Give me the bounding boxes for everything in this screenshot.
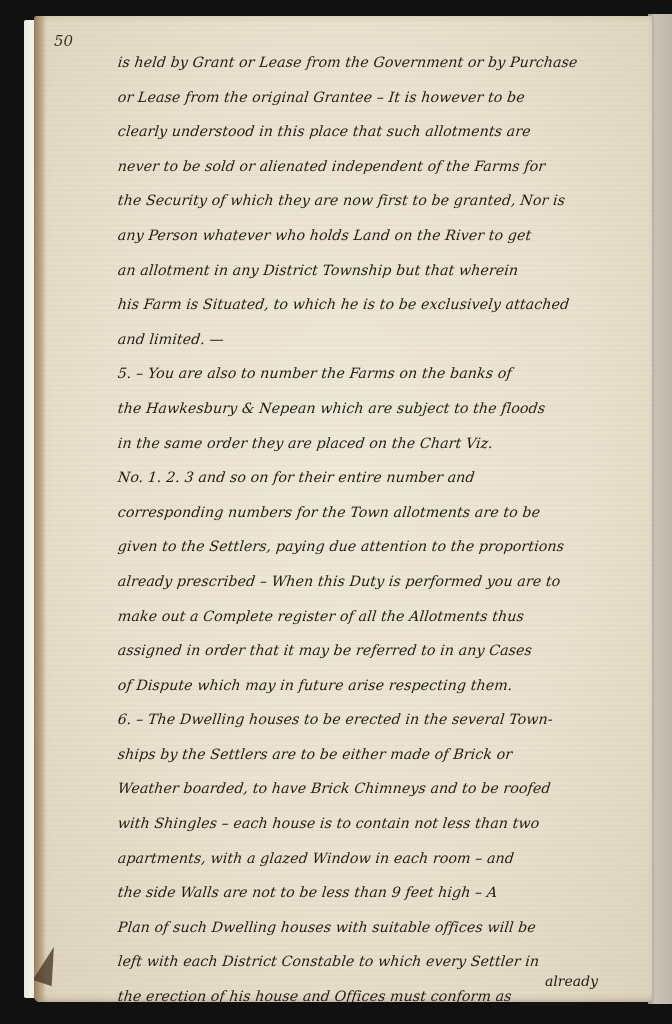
text-line: and limited. — <box>116 323 650 358</box>
handwritten-text-block: is held by Grant or Lease from the Gover… <box>116 46 646 1002</box>
text-line: corresponding numbers for the Town allot… <box>116 496 650 531</box>
document-viewer: 50 is held by Grant or Lease from the Go… <box>0 0 672 1024</box>
text-line: Weather boarded, to have Brick Chimneys … <box>116 772 650 807</box>
text-line: make out a Complete register of all the … <box>116 600 650 635</box>
section-6-start: 6. – The Dwelling houses to be erected i… <box>116 703 650 738</box>
text-line: the side Walls are not to be less than 9… <box>116 876 650 911</box>
text-line: an allotment in any District Township bu… <box>116 254 650 289</box>
text-line: is held by Grant or Lease from the Gover… <box>116 46 650 81</box>
text-line: the Hawkesbury & Nepean which are subjec… <box>116 392 650 427</box>
text-line: the Security of which they are now first… <box>116 184 650 219</box>
text-line: No. 1. 2. 3 and so on for their entire n… <box>116 461 650 496</box>
text-line: his Farm is Situated, to which he is to … <box>116 288 650 323</box>
section-5-start: 5. – You are also to number the Farms on… <box>116 357 650 392</box>
text-line: already prescribed – When this Duty is p… <box>116 565 650 600</box>
text-line: of Dispute which may in future arise res… <box>116 669 650 704</box>
gutter-stain <box>34 16 46 1002</box>
text-line: given to the Settlers, paying due attent… <box>116 530 650 565</box>
text-line: or Lease from the original Grantee – It … <box>116 81 650 116</box>
text-line: apartments, with a glazed Window in each… <box>116 842 650 877</box>
text-line: with Shingles – each house is to contain… <box>116 807 650 842</box>
text-line: ships by the Settlers are to be either m… <box>116 738 650 773</box>
text-line: clearly understood in this place that su… <box>116 115 650 150</box>
text-line: any Person whatever who holds Land on th… <box>116 219 650 254</box>
text-line: Plan of such Dwelling houses with suitab… <box>116 911 650 946</box>
text-line: never to be sold or alienated independen… <box>116 150 650 185</box>
text-line: assigned in order that it may be referre… <box>116 634 650 669</box>
text-line: in the same order they are placed on the… <box>116 427 650 462</box>
catchword: already <box>545 974 598 990</box>
page-number: 50 <box>54 32 73 50</box>
manuscript-page: 50 is held by Grant or Lease from the Go… <box>34 16 652 1002</box>
